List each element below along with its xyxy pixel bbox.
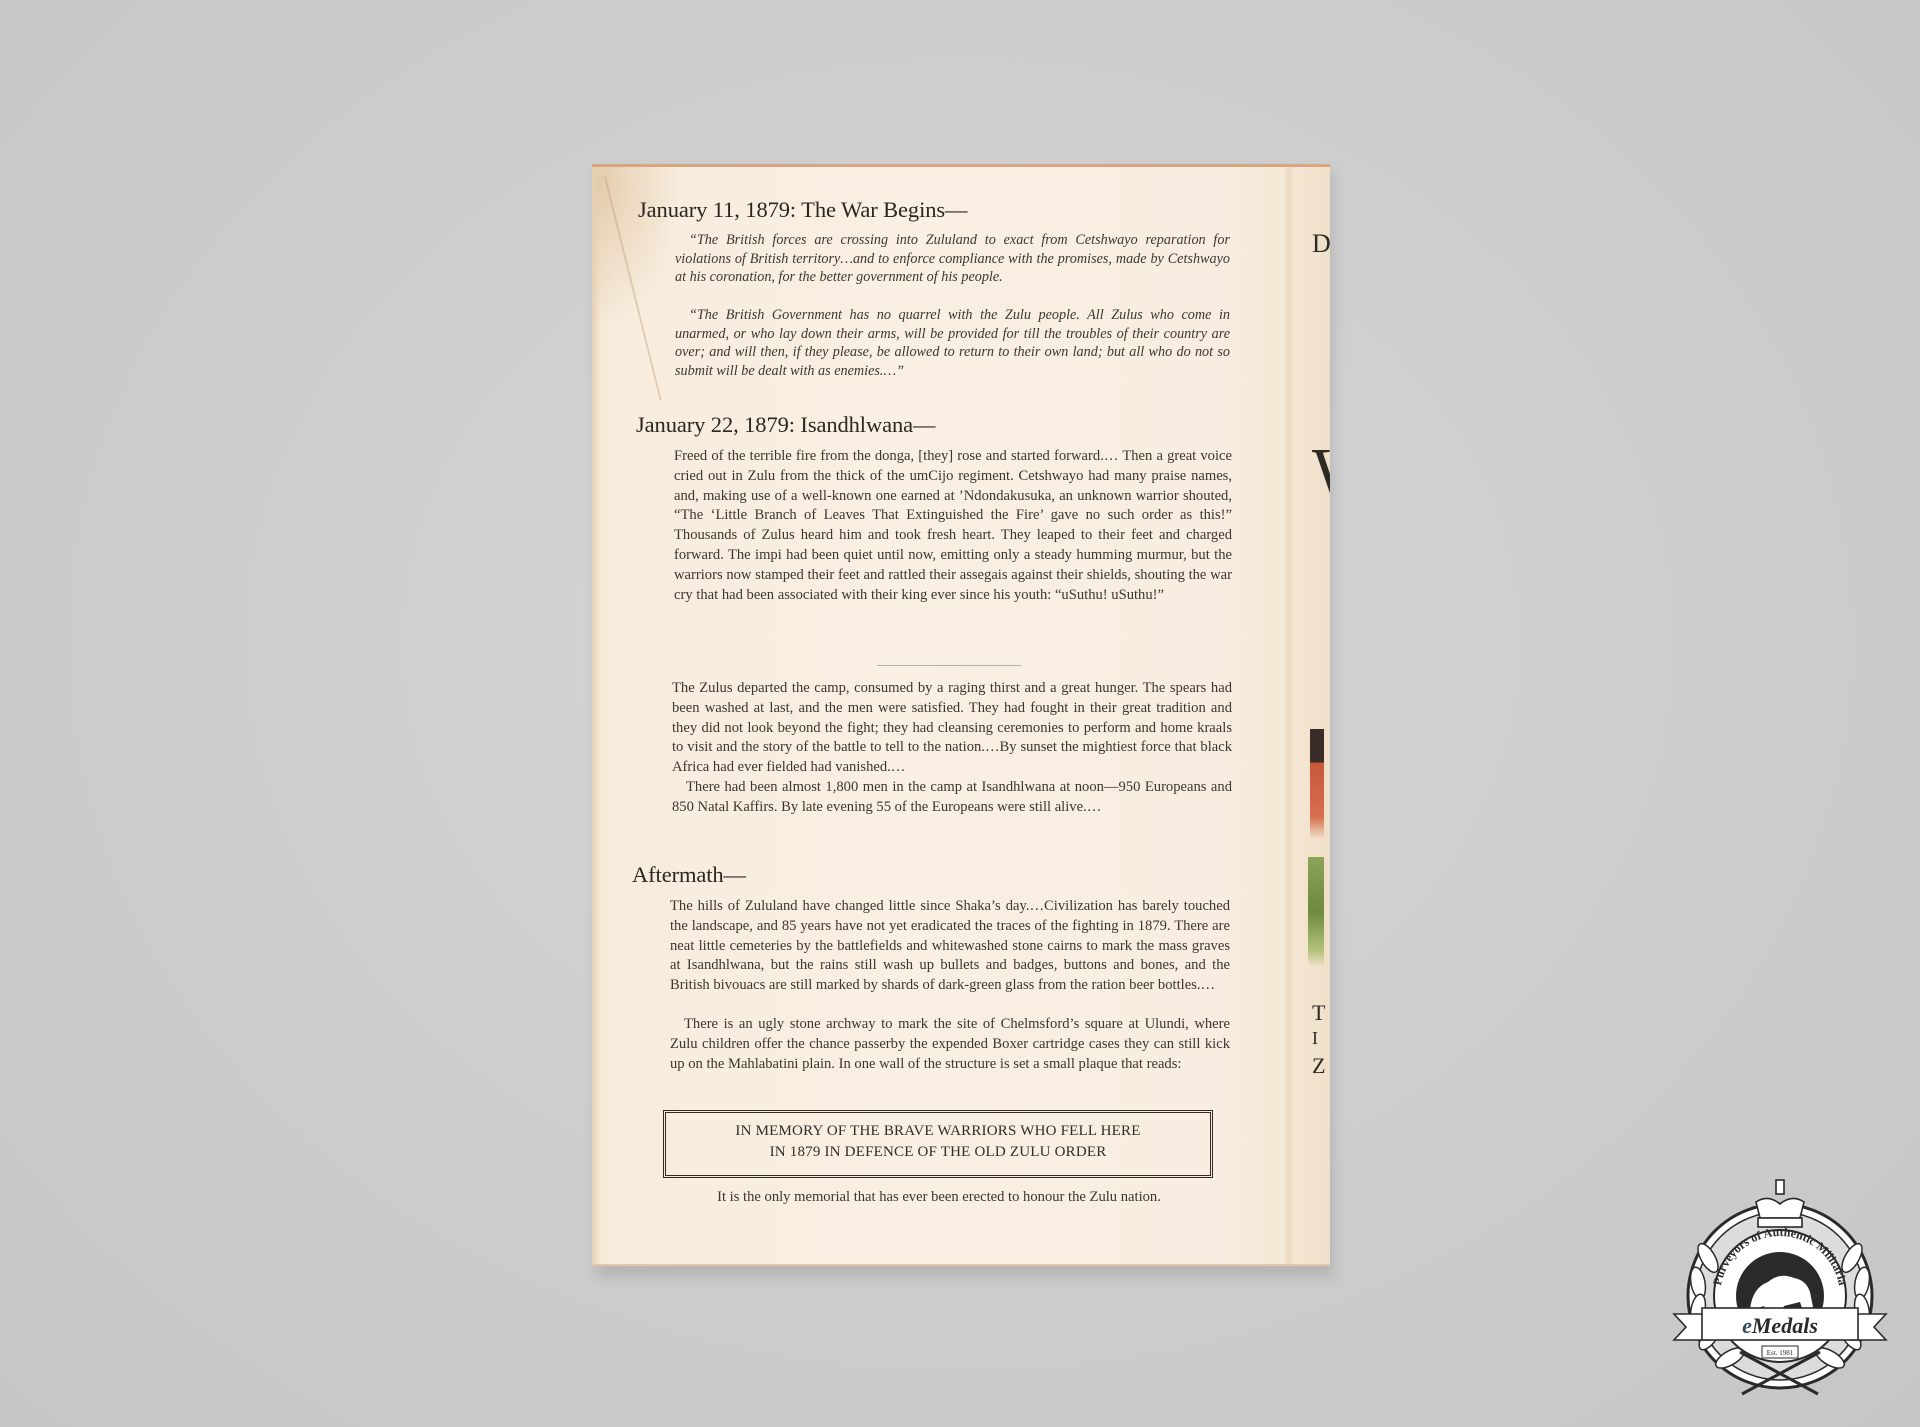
front-subtitle-letter: I <box>1312 1029 1318 1047</box>
section-heading-war-begins: January 11, 1879: The War Begins— <box>638 197 967 223</box>
front-illustration-green <box>1308 857 1324 967</box>
battle-paragraph: The Zulus departed the camp, consumed by… <box>672 679 1232 778</box>
front-subtitle-letter: Z <box>1312 1055 1325 1077</box>
emedals-watermark-logo: Purveyors of Authentic Militaria eMedals… <box>1668 1168 1892 1404</box>
battle-paragraph: Freed of the terrible fire from the dong… <box>674 447 1232 605</box>
memorial-plaque: IN MEMORY OF THE BRAVE WARRIORS WHO FELL… <box>663 1110 1213 1178</box>
aftermath-paragraph: There is an ugly stone archway to mark t… <box>670 1015 1230 1074</box>
front-title-letter: W <box>1312 439 1330 509</box>
closing-line: It is the only memorial that has ever be… <box>663 1189 1215 1206</box>
front-subtitle-letter: T <box>1312 1002 1325 1024</box>
plaque-line: IN MEMORY OF THE BRAVE WARRIORS WHO FELL… <box>670 1121 1206 1142</box>
plaque-line: IN 1879 IN DEFENCE OF THE OLD ZULU ORDER <box>670 1142 1206 1163</box>
svg-text:Est. 1981: Est. 1981 <box>1767 1349 1794 1357</box>
front-title-letter: D <box>1312 231 1330 257</box>
jacket-left-edge <box>592 167 600 1264</box>
book-dust-jacket-back: D W T I Z January 11, 1879: The War Begi… <box>592 164 1330 1266</box>
section-divider <box>877 665 1021 666</box>
svg-text:eMedals: eMedals <box>1742 1313 1818 1338</box>
proclamation-paragraph: “The British forces are crossing into Zu… <box>675 231 1230 287</box>
spine-fold <box>1284 167 1294 1264</box>
emedals-badge-icon: Purveyors of Authentic Militaria eMedals… <box>1668 1168 1892 1404</box>
battle-paragraph: There had been almost 1,800 men in the c… <box>672 778 1232 818</box>
section-heading-isandhlwana: January 22, 1879: Isandhlwana— <box>636 412 935 438</box>
aftermath-paragraph: The hills of Zululand have changed littl… <box>670 897 1230 996</box>
proclamation-paragraph: “The British Government has no quarrel w… <box>675 306 1230 381</box>
front-cover-peek: D W T I Z <box>1308 167 1330 1264</box>
front-illustration-red <box>1310 729 1324 839</box>
section-heading-aftermath: Aftermath— <box>632 862 746 888</box>
